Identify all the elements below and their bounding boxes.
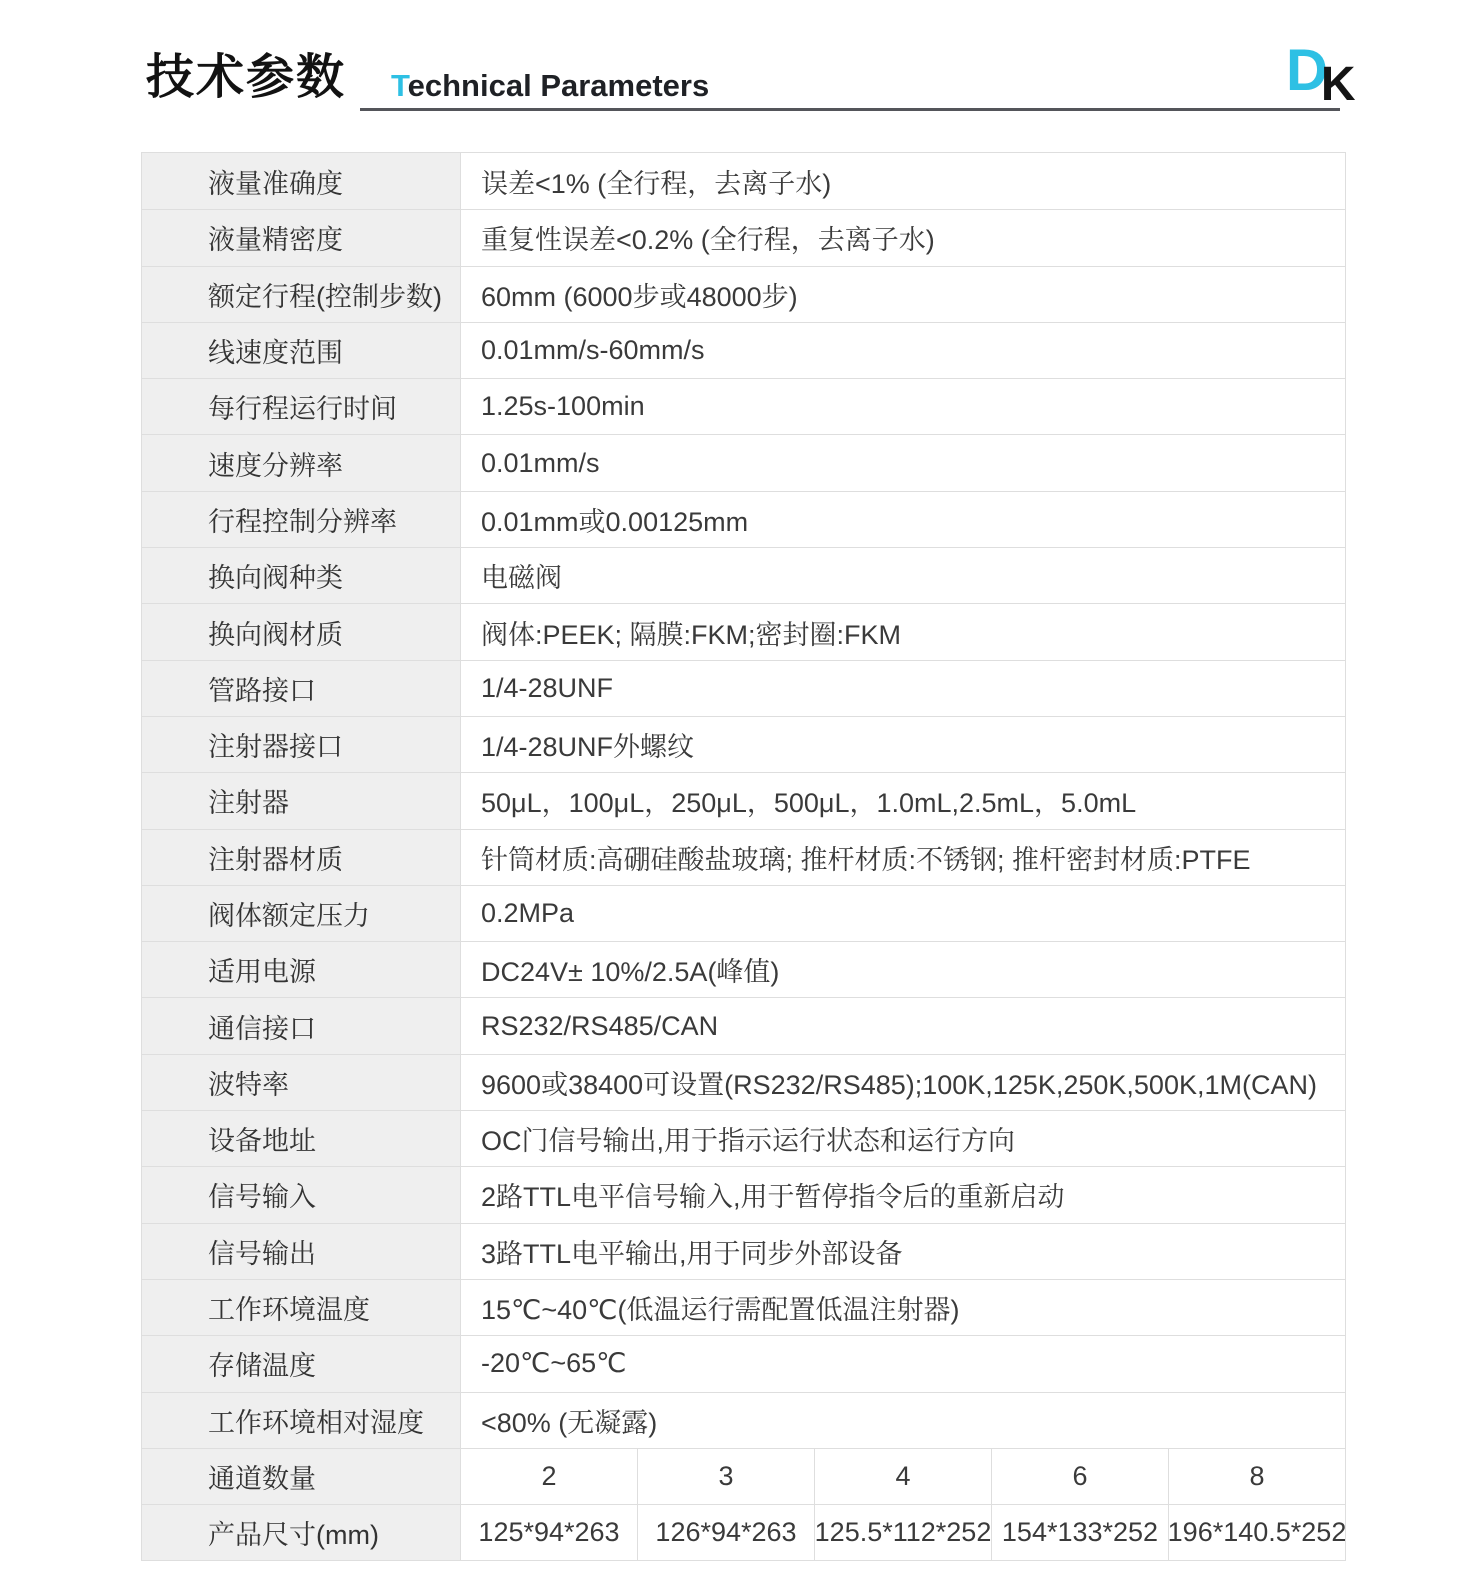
table-row: 存储温度-20℃~65℃ (142, 1335, 1345, 1391)
table-row: 设备地址OC门信号输出,用于指示运行状态和运行方向 (142, 1110, 1345, 1166)
table-row: 适用电源DC24V± 10%/2.5A(峰值) (142, 941, 1345, 997)
row-value: 1/4-28UNF (461, 661, 1345, 716)
row-label: 设备地址 (142, 1111, 461, 1166)
row-label: 信号输入 (142, 1167, 461, 1222)
table-cell: 2 (461, 1449, 638, 1504)
row-label: 液量准确度 (142, 153, 461, 209)
table-row: 行程控制分辨率0.01mm或0.00125mm (142, 491, 1345, 547)
table-cell: 3 (638, 1449, 815, 1504)
table-row: 液量精密度重复性误差<0.2% (全行程，去离子水) (142, 209, 1345, 265)
row-value: RS232/RS485/CAN (461, 998, 1345, 1053)
table-cell: 126*94*263 (638, 1505, 815, 1560)
table-row: 换向阀种类电磁阀 (142, 547, 1345, 603)
row-value: 1.25s-100min (461, 379, 1345, 434)
row-label: 适用电源 (142, 942, 461, 997)
row-value: 误差<1% (全行程，去离子水) (461, 153, 1345, 209)
row-label: 波特率 (142, 1055, 461, 1110)
row-value: OC门信号输出,用于指示运行状态和运行方向 (461, 1111, 1345, 1166)
table-row: 管路接口1/4-28UNF (142, 660, 1345, 716)
row-label: 通道数量 (142, 1449, 461, 1504)
table-cell: 125*94*263 (461, 1505, 638, 1560)
row-label: 信号输出 (142, 1224, 461, 1279)
row-label: 额定行程(控制步数) (142, 267, 461, 322)
product-size-row-cells: 125*94*263126*94*263125.5*112*252154*133… (461, 1505, 1345, 1560)
header-divider (360, 108, 1340, 111)
table-row: 换向阀材质阀体:PEEK; 隔膜:FKM;密封圈:FKM (142, 603, 1345, 659)
parameters-table: 液量准确度误差<1% (全行程，去离子水)液量精密度重复性误差<0.2% (全行… (141, 152, 1346, 1561)
product-size-row: 产品尺寸(mm)125*94*263126*94*263125.5*112*25… (142, 1504, 1345, 1560)
table-row: 额定行程(控制步数)60mm (6000步或48000步) (142, 266, 1345, 322)
table-row: 液量准确度误差<1% (全行程，去离子水) (142, 153, 1345, 209)
table-row: 工作环境温度15℃~40℃(低温运行需配置低温注射器) (142, 1279, 1345, 1335)
row-value: 1/4-28UNF外螺纹 (461, 717, 1345, 772)
row-value: 阀体:PEEK; 隔膜:FKM;密封圈:FKM (461, 604, 1345, 659)
row-label: 注射器 (142, 773, 461, 828)
row-value: 3路TTL电平输出,用于同步外部设备 (461, 1224, 1345, 1279)
row-label: 管路接口 (142, 661, 461, 716)
row-label: 注射器材质 (142, 830, 461, 885)
row-label: 工作环境温度 (142, 1280, 461, 1335)
row-value: 重复性误差<0.2% (全行程，去离子水) (461, 210, 1345, 265)
table-row: 通信接口RS232/RS485/CAN (142, 997, 1345, 1053)
row-label: 产品尺寸(mm) (142, 1505, 461, 1560)
spec-sheet-page: 技术参数 Technical Parameters DK 液量准确度误差<1% … (0, 0, 1480, 1591)
table-row: 注射器材质针筒材质:高硼硅酸盐玻璃; 推杆材质:不锈钢; 推杆密封材质:PTFE (142, 829, 1345, 885)
table-cell: 6 (992, 1449, 1169, 1504)
row-label: 行程控制分辨率 (142, 492, 461, 547)
table-row: 每行程运行时间1.25s-100min (142, 378, 1345, 434)
row-value: 60mm (6000步或48000步) (461, 267, 1345, 322)
table-cell: 196*140.5*252 (1169, 1505, 1345, 1560)
row-label: 速度分辨率 (142, 435, 461, 490)
row-label: 换向阀材质 (142, 604, 461, 659)
row-value: -20℃~65℃ (461, 1336, 1345, 1391)
row-value: 针筒材质:高硼硅酸盐玻璃; 推杆材质:不锈钢; 推杆密封材质:PTFE (461, 830, 1345, 885)
row-label: 每行程运行时间 (142, 379, 461, 434)
table-row: 注射器50μL，100μL，250μL，500μL，1.0mL,2.5mL，5.… (142, 772, 1345, 828)
table-row: 波特率9600或38400可设置(RS232/RS485);100K,125K,… (142, 1054, 1345, 1110)
row-value: DC24V± 10%/2.5A(峰值) (461, 942, 1345, 997)
row-value: 50μL，100μL，250μL，500μL，1.0mL,2.5mL，5.0mL (461, 773, 1345, 828)
row-value: <80% (无凝露) (461, 1393, 1345, 1448)
table-row: 信号输出3路TTL电平输出,用于同步外部设备 (142, 1223, 1345, 1279)
subtitle-first-letter: T (391, 68, 408, 103)
row-value: 电磁阀 (461, 548, 1345, 603)
brand-logo: DK (1286, 42, 1356, 100)
table-cell: 125.5*112*252 (815, 1505, 992, 1560)
table-row: 阀体额定压力0.2MPa (142, 885, 1345, 941)
row-label: 注射器接口 (142, 717, 461, 772)
row-value: 0.2MPa (461, 886, 1345, 941)
row-value: 0.01mm/s (461, 435, 1345, 490)
subtitle-rest: echnical Parameters (408, 68, 710, 103)
page-subtitle: Technical Parameters (391, 68, 709, 104)
table-cell: 154*133*252 (992, 1505, 1169, 1560)
channel-count-row-cells: 23468 (461, 1449, 1345, 1504)
row-label: 通信接口 (142, 998, 461, 1053)
row-label: 工作环境相对湿度 (142, 1393, 461, 1448)
table-row: 速度分辨率0.01mm/s (142, 434, 1345, 490)
row-value: 15℃~40℃(低温运行需配置低温注射器) (461, 1280, 1345, 1335)
row-label: 液量精密度 (142, 210, 461, 265)
row-value: 9600或38400可设置(RS232/RS485);100K,125K,250… (461, 1055, 1345, 1110)
row-value: 2路TTL电平信号输入,用于暂停指令后的重新启动 (461, 1167, 1345, 1222)
table-cell: 8 (1169, 1449, 1345, 1504)
row-label: 存储温度 (142, 1336, 461, 1391)
table-row: 线速度范围0.01mm/s-60mm/s (142, 322, 1345, 378)
channel-count-row: 通道数量23468 (142, 1448, 1345, 1504)
table-row: 注射器接口1/4-28UNF外螺纹 (142, 716, 1345, 772)
row-value: 0.01mm/s-60mm/s (461, 323, 1345, 378)
table-row: 信号输入2路TTL电平信号输入,用于暂停指令后的重新启动 (142, 1166, 1345, 1222)
row-value: 0.01mm或0.00125mm (461, 492, 1345, 547)
table-cell: 4 (815, 1449, 992, 1504)
page-title: 技术参数 (146, 52, 346, 105)
table-row: 工作环境相对湿度<80% (无凝露) (142, 1392, 1345, 1448)
row-label: 线速度范围 (142, 323, 461, 378)
row-label: 换向阀种类 (142, 548, 461, 603)
row-label: 阀体额定压力 (142, 886, 461, 941)
logo-letter-k: K (1321, 61, 1356, 109)
